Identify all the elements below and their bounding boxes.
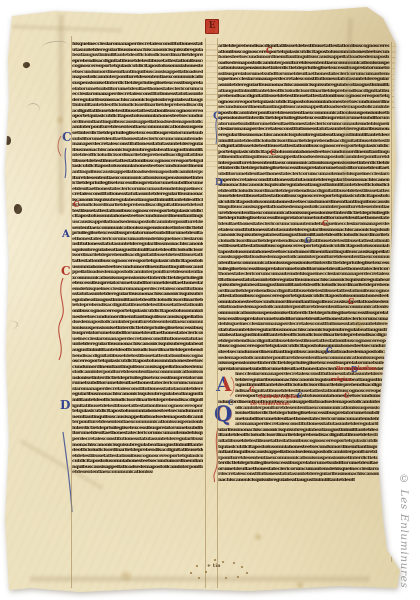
lombard-initial-C: C [73, 200, 79, 208]
prick-mark [196, 565, 198, 567]
parchment-stain [253, 532, 263, 542]
puzzle-initial-A: AA [216, 374, 236, 394]
running-header-ornament: E [205, 19, 219, 34]
rubric-text: De regularibus [336, 367, 377, 372]
running-header-letter: E [209, 22, 216, 31]
ruling-lines-horizontal [392, 46, 397, 112]
manuscript-text-line: et de sententia excommunicationis suspen… [72, 470, 153, 476]
lombard-initial-C: C [270, 148, 276, 156]
rubric-text: Quod sit regula. [258, 395, 298, 400]
prick-mark [233, 562, 235, 564]
lombard-initial-D: D [60, 399, 70, 411]
prick-mark [222, 561, 224, 563]
pencil-mark [42, 40, 69, 53]
parchment-shadow: E his que in ecclesia romana per decreta… [0, 0, 420, 600]
ruling-line-vertical [391, 42, 392, 562]
prick-mark [198, 577, 200, 579]
les-enluminures-watermark: © Les Enluminures [398, 473, 410, 600]
prick-mark [225, 577, 227, 579]
ruling-line-vertical [71, 36, 72, 588]
parchment-stain [119, 569, 133, 583]
manuscript-photo: E his que in ecclesia romana per decreta… [0, 0, 420, 600]
lombard-initial-A: A [62, 230, 70, 240]
prick-mark [190, 572, 192, 574]
ruling-lines-horizontal [205, 44, 218, 170]
margin-annotation-mark [5, 136, 11, 145]
parchment-stain [353, 319, 365, 331]
prick-mark [246, 572, 248, 574]
parchment-crease [12, 24, 122, 33]
quire-signature: + tío [207, 564, 221, 569]
margin-annotation-mark [22, 61, 30, 69]
parchment-stain [295, 580, 305, 590]
text-column-right: arii et de prebendis ac dignitatibus et … [218, 44, 392, 483]
manuscript-text-line: nachis canonicis qui sub regula beati au… [218, 478, 355, 484]
pencil-mark [0, 319, 19, 331]
margin-annotation-mark [0, 230, 6, 238]
lombard-initial-D: D [215, 179, 223, 188]
prick-mark [205, 571, 207, 573]
lombard-initial-C: C [249, 386, 255, 393]
lombard-initial-C: C [348, 297, 354, 305]
pencil-mark [25, 102, 41, 119]
prick-mark [237, 576, 239, 578]
rubric-text: De conuersione. [250, 402, 291, 407]
margin-annotation-mark [14, 204, 22, 214]
parchment-stain [55, 115, 65, 125]
lombard-initial-C: C [344, 392, 350, 399]
lombard-initial-C: C [322, 219, 328, 227]
prick-mark [241, 566, 243, 568]
parchment-crease [30, 575, 370, 583]
margin-annotation-mark [1, 423, 8, 432]
lombard-initial-C: C [326, 346, 332, 354]
lombard-initial-C: C [266, 46, 272, 54]
lombard-initial-C: C [305, 236, 311, 244]
prick-mark [214, 559, 216, 561]
parchment: E his que in ecclesia romana per decreta… [0, 0, 420, 600]
text-column-left: his que in ecclesia romana per decretale… [72, 42, 205, 476]
rubric-text: rubrica. [331, 378, 353, 383]
lombard-initial-C: C [61, 265, 71, 277]
